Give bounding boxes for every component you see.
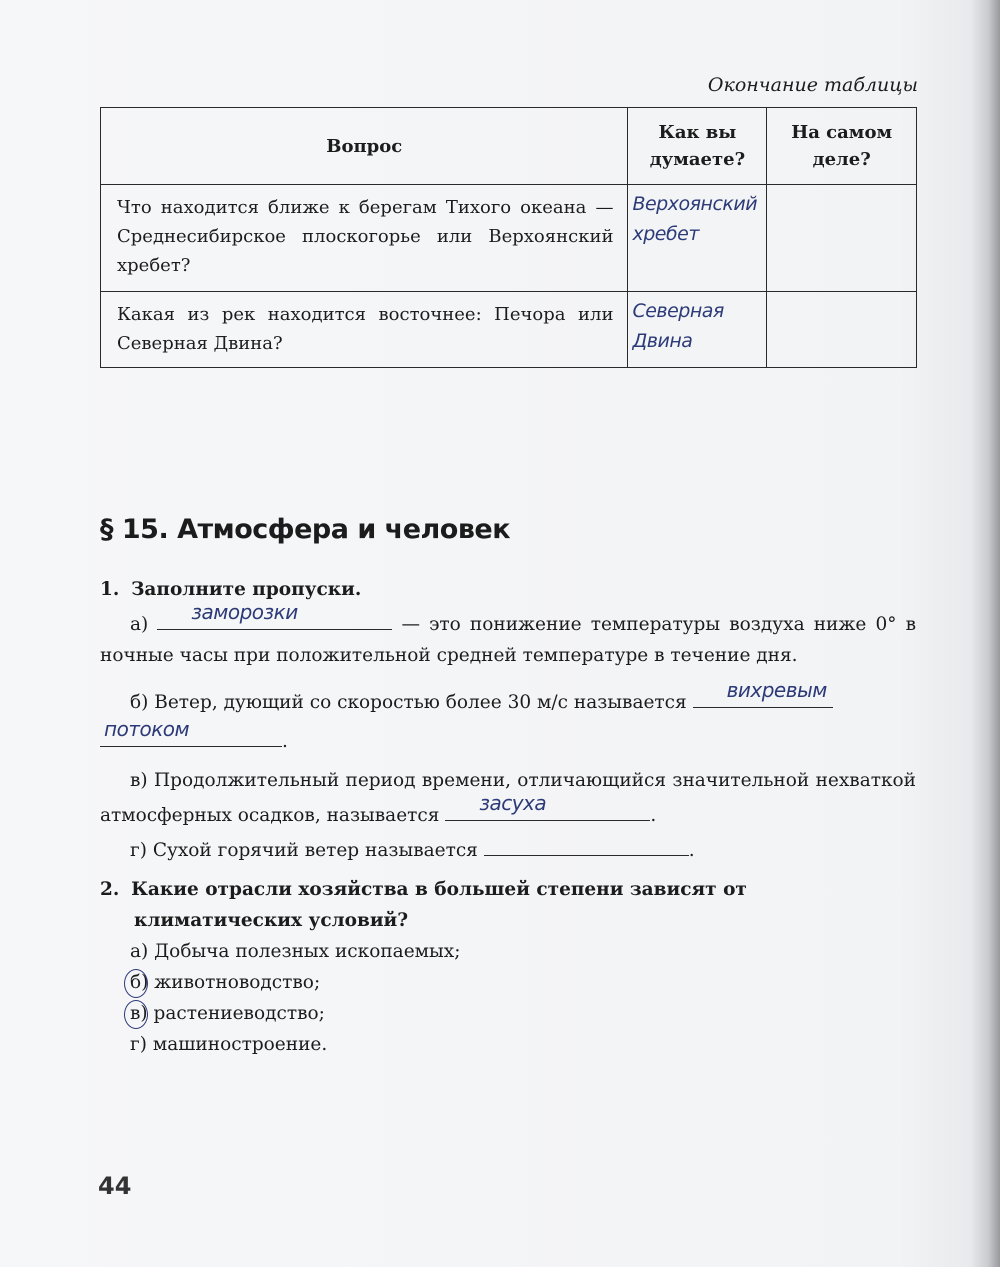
task-2: 2. Какие отрасли хозяйства в большей сте… xyxy=(100,874,916,1060)
task-1: 1. Заполните пропуски. а) заморозки — эт… xyxy=(100,574,916,866)
item-g: г) Сухой горячий ветер называется . xyxy=(100,831,916,866)
table-header-row: Вопрос Как вы думаете? На самом деле? xyxy=(101,108,917,185)
page-number: 44 xyxy=(98,1172,131,1200)
option-text: растениеводство; xyxy=(154,1003,325,1024)
section-title: § 15. Атмосфера и человек xyxy=(100,514,510,545)
punct: . xyxy=(282,731,288,752)
punct: . xyxy=(650,805,656,826)
option-b[interactable]: б) животноводство; xyxy=(130,967,916,998)
option-v[interactable]: в) растениеводство; xyxy=(130,998,916,1029)
item-text: Сухой горячий ветер называется xyxy=(153,840,478,861)
task-title: Какие отрасли хозяйства в большей степен… xyxy=(131,879,747,931)
running-head: Окончание таблицы xyxy=(708,74,918,96)
item-label: б) xyxy=(130,692,148,713)
actual-cell[interactable] xyxy=(767,292,917,368)
answer-blank-b1[interactable]: вихревым xyxy=(693,683,833,708)
item-label: а) xyxy=(130,614,148,635)
item-text: Ветер, дующий со скоростью более 30 м/с … xyxy=(154,692,686,713)
circle-mark-icon xyxy=(124,969,148,998)
guess-cell[interactable]: Северная Двина xyxy=(628,292,767,368)
page-edge-shadow xyxy=(970,0,1000,1267)
circle-mark-icon xyxy=(124,1000,148,1029)
option-label: а) xyxy=(130,941,148,962)
table-row: Какая из рек находится восточнее: Печора… xyxy=(101,292,917,368)
option-text: животноводство; xyxy=(154,972,320,993)
answer-blank-a[interactable]: заморозки xyxy=(157,605,392,630)
answer-blank-g[interactable] xyxy=(484,831,689,856)
question-cell: Что находится ближе к берегам Тихого оке… xyxy=(101,185,628,292)
option-text: машиностроение. xyxy=(153,1034,327,1055)
answer-blank-b2[interactable]: потоком xyxy=(100,722,282,747)
task-number: 2. xyxy=(100,879,119,900)
guess-cell[interactable]: Верхоянский хребет xyxy=(628,185,767,292)
task-number: 1. xyxy=(100,579,119,600)
item-b-cont: потоком. xyxy=(100,722,916,757)
table-row: Что находится ближе к берегам Тихого оке… xyxy=(101,185,917,292)
questions-table: Вопрос Как вы думаете? На самом деле? Чт… xyxy=(100,107,917,368)
question-cell: Какая из рек находится восточнее: Печора… xyxy=(101,292,628,368)
item-label: г) xyxy=(130,840,147,861)
header-guess: Как вы думаете? xyxy=(628,108,767,185)
punct: . xyxy=(689,840,695,861)
option-label: г) xyxy=(130,1034,147,1055)
handwritten-answer: потоком xyxy=(104,714,189,745)
header-actual: На самом деле? xyxy=(767,108,917,185)
option-text: Добыча полезных ископаемых; xyxy=(154,941,460,962)
handwritten-answer: вихревым xyxy=(697,675,827,706)
option-g[interactable]: г) машиностроение. xyxy=(130,1029,916,1060)
item-v: в) Продолжительный период времени, отлич… xyxy=(100,765,916,831)
header-question: Вопрос xyxy=(101,108,628,185)
handwritten-answer: заморозки xyxy=(161,597,297,628)
item-a: а) заморозки — это понижение температуры… xyxy=(100,605,916,671)
answer-blank-v[interactable]: засуха xyxy=(445,796,650,821)
item-label: в) xyxy=(130,770,148,791)
item-b: б) Ветер, дующий со скоростью более 30 м… xyxy=(100,683,916,718)
option-a[interactable]: а) Добыча полезных ископаемых; xyxy=(130,936,916,967)
actual-cell[interactable] xyxy=(767,185,917,292)
handwritten-answer: засуха xyxy=(449,788,546,819)
workbook-page: Окончание таблицы Вопрос Как вы думаете?… xyxy=(0,0,1000,1267)
